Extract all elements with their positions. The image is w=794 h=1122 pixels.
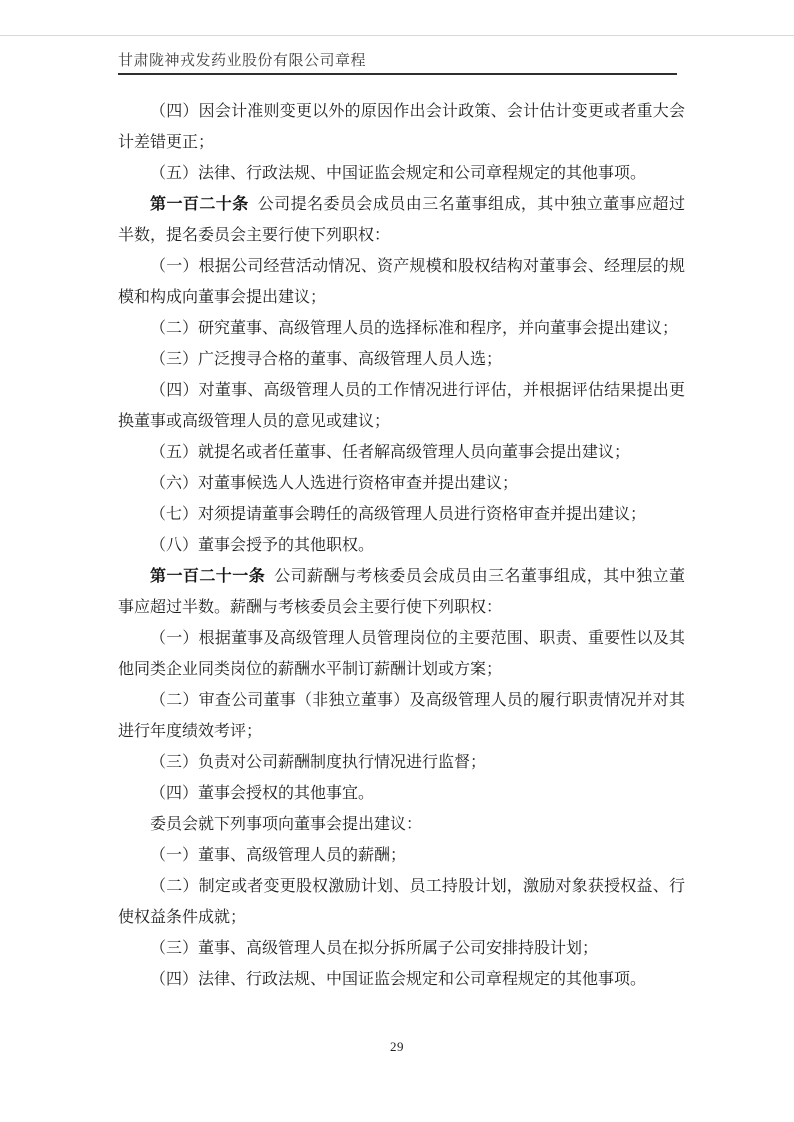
paragraph: （六）对董事候选人人选进行资格审查并提出建议； <box>118 468 685 499</box>
header-rule <box>118 73 677 75</box>
page-footer: 29 <box>0 1038 794 1056</box>
paragraph: （二）审查公司董事（非独立董事）及高级管理人员的履行职责情况并对其进行年度绩效考… <box>118 685 685 747</box>
document-title: 甘肃陇神戎发药业股份有限公司章程 <box>118 50 678 72</box>
paragraph: （一）董事、高级管理人员的薪酬； <box>118 840 685 871</box>
page-number: 29 <box>390 1039 404 1054</box>
paragraph: （一）根据公司经营活动情况、资产规模和股权结构对董事会、经理层的规模和构成向董事… <box>118 251 685 313</box>
article-paragraph: 第一百二十一条公司薪酬与考核委员会成员由三名董事组成，其中独立董事应超过半数。薪… <box>118 561 685 623</box>
paragraph: （八）董事会授予的其他职权。 <box>118 530 685 561</box>
paragraph: （五）就提名或者任董事、任者解高级管理人员向董事会提出建议； <box>118 437 685 468</box>
article-number: 第一百二十一条 <box>150 568 265 585</box>
paragraph: （三）广泛搜寻合格的董事、高级管理人员人选； <box>118 344 685 375</box>
paragraph: （五）法律、行政法规、中国证监会规定和公司章程规定的其他事项。 <box>118 158 685 189</box>
document-page: 甘肃陇神戎发药业股份有限公司章程 （四）因会计准则变更以外的原因作出会计政策、会… <box>0 0 794 1122</box>
document-body: （四）因会计准则变更以外的原因作出会计政策、会计估计变更或者重大会计差错更正；（… <box>118 96 685 995</box>
header-top-rule <box>0 35 794 36</box>
paragraph: （四）对董事、高级管理人员的工作情况进行评估，并根据评估结果提出更换董事或高级管… <box>118 375 685 437</box>
paragraph: （四）法律、行政法规、中国证监会规定和公司章程规定的其他事项。 <box>118 964 685 995</box>
paragraph: （三）负责对公司薪酬制度执行情况进行监督； <box>118 747 685 778</box>
paragraph: （三）董事、高级管理人员在拟分拆所属子公司安排持股计划； <box>118 933 685 964</box>
paragraph: （一）根据董事及高级管理人员管理岗位的主要范围、职责、重要性以及其他同类企业同类… <box>118 623 685 685</box>
paragraph: （四）董事会授权的其他事宜。 <box>118 778 685 809</box>
paragraph: （二）研究董事、高级管理人员的选择标准和程序，并向董事会提出建议； <box>118 313 685 344</box>
paragraph: （四）因会计准则变更以外的原因作出会计政策、会计估计变更或者重大会计差错更正； <box>118 96 685 158</box>
paragraph: （七）对须提请董事会聘任的高级管理人员进行资格审查并提出建议； <box>118 499 685 530</box>
paragraph: 委员会就下列事项向董事会提出建议： <box>118 809 685 840</box>
paragraph: （二）制定或者变更股权激励计划、员工持股计划，激励对象获授权益、行使权益条件成就… <box>118 871 685 933</box>
article-number: 第一百二十条 <box>150 196 249 213</box>
article-paragraph: 第一百二十条公司提名委员会成员由三名董事组成，其中独立董事应超过半数，提名委员会… <box>118 189 685 251</box>
